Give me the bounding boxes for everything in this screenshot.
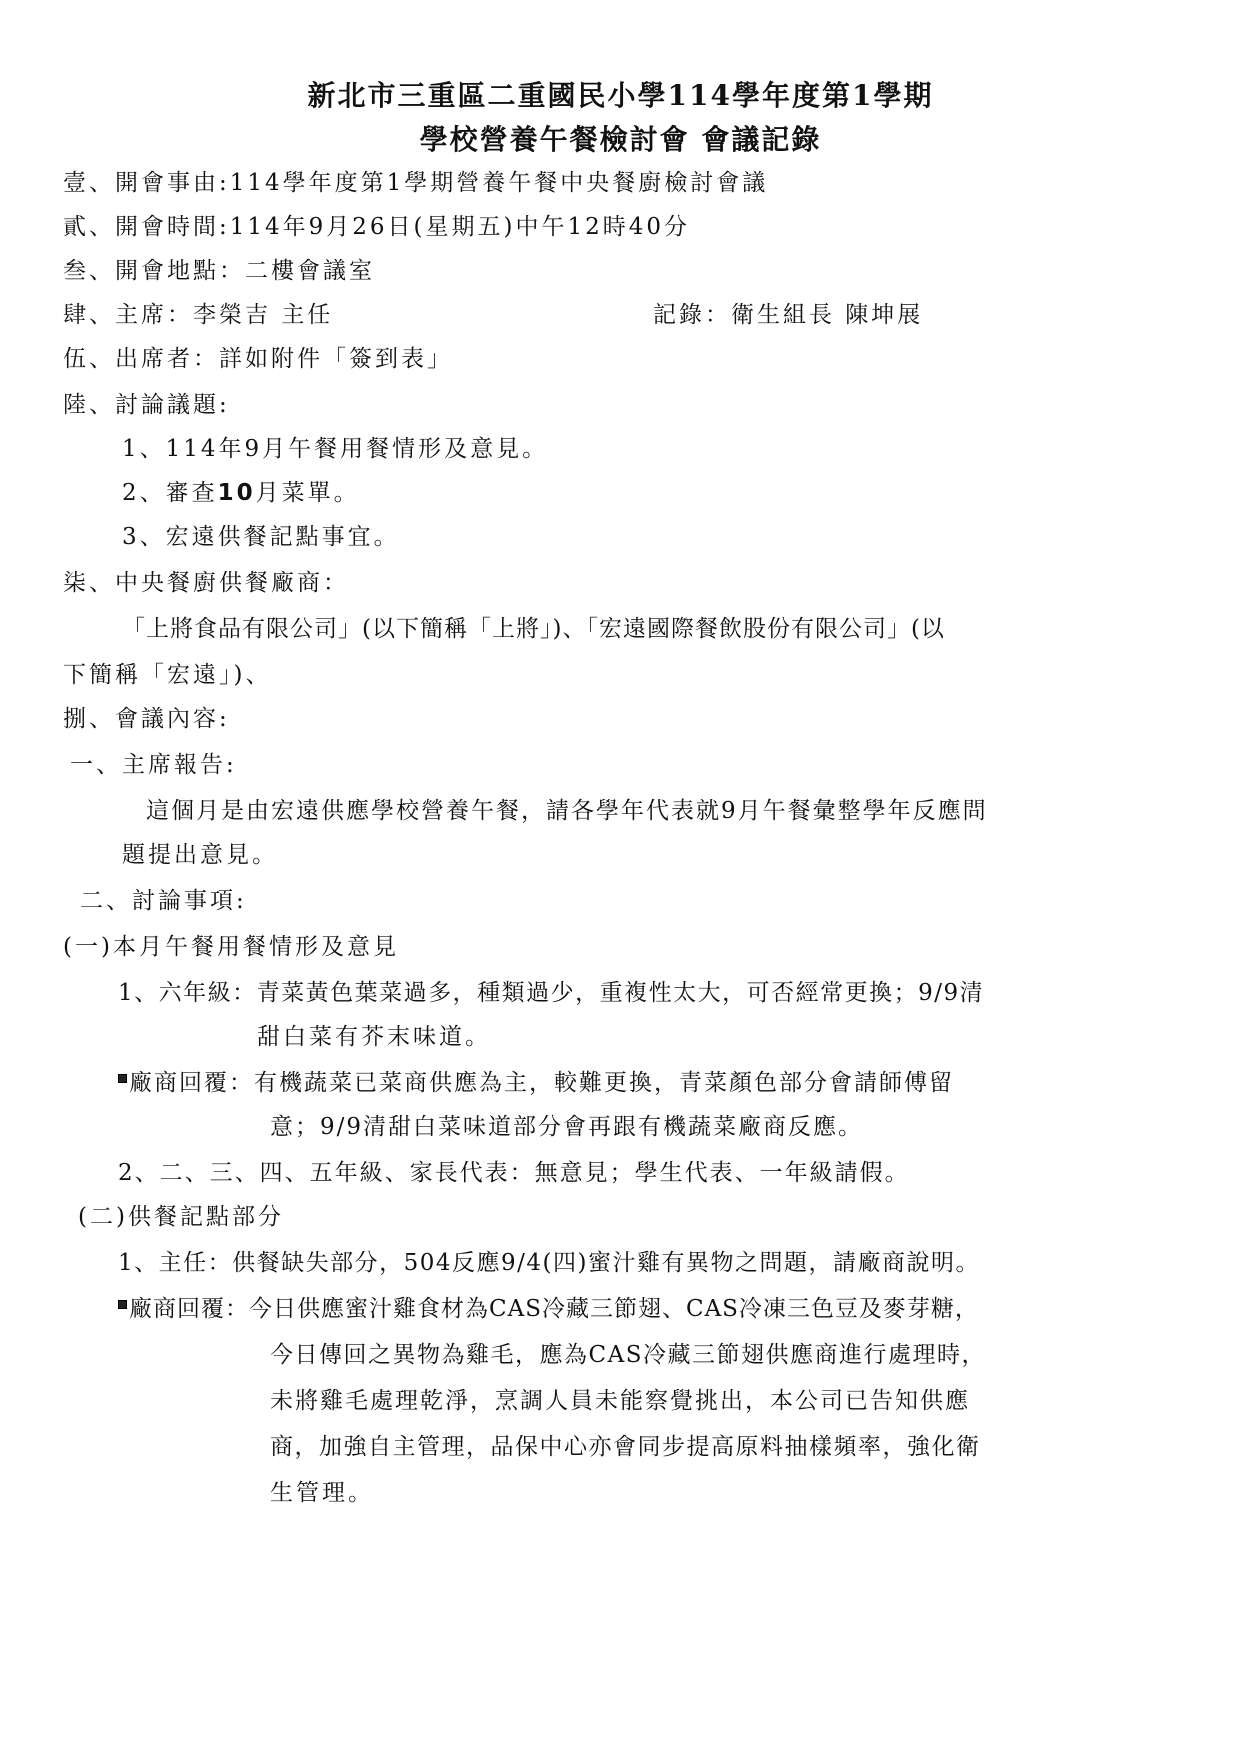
- meeting-minutes-page: 新北市三重區二重國民小學114學年度第1學期 學校營養午餐檢討會 會議記錄 壹、…: [0, 0, 1241, 1755]
- agenda-heading: 陸、討論議題:: [63, 390, 230, 420]
- meeting-purpose: 壹、開會事由:114學年度第1學期營養午餐中央餐廚檢討會議: [63, 168, 768, 198]
- part1-vendor-reply-text: 廠商回覆：有機蔬菜已菜商供應為主，較難更換，青菜顏色部分會請師傅留: [129, 1070, 954, 1096]
- vendors-line-2: 下簡稱「宏遠」)、: [63, 660, 271, 690]
- part2-vendor-reply-line3: 未將雞毛處理乾淨，烹調人員未能察覺挑出，本公司已告知供應: [270, 1386, 970, 1416]
- part2-vendor-reply-text: 廠商回覆：今日供應蜜汁雞食材為CAS冷藏三節翅、CAS冷凍三色豆及麥芽糖，: [129, 1296, 979, 1322]
- part2-vendor-reply-line4: 商，加強自主管理，品保中心亦會同步提高原料抽樣頻率，強化衛: [270, 1432, 981, 1462]
- document-title-line1: 新北市三重區二重國民小學114學年度第1學期: [0, 78, 1241, 114]
- agenda-item-2: 2、審查10月菜單。: [122, 478, 360, 508]
- chair-report-heading: 一、主席報告:: [70, 750, 237, 780]
- part2-item1: 1、主任：供餐缺失部分，504反應9/4(四)蜜汁雞有異物之問題，請廠商說明。: [118, 1248, 980, 1278]
- chair-report-line-1: 這個月是由宏遠供應學校營養午餐，請各學年代表就9月午餐彙整學年反應問: [146, 796, 988, 826]
- meeting-content-heading: 捌、會議內容:: [63, 704, 230, 734]
- part1-item2: 2、二、三、四、五年級、家長代表：無意見；學生代表、一年級請假。: [118, 1158, 910, 1188]
- meeting-location: 叁、開會地點：二樓會議室: [63, 256, 375, 286]
- part2-vendor-reply-line5: 生管理。: [270, 1478, 374, 1508]
- part1-item1-line2: 甜白菜有芥末味道。: [257, 1022, 491, 1052]
- agenda-item-1: 1、114年9月午餐用餐情形及意見。: [122, 434, 548, 464]
- part1-vendor-reply-line2: 意；9/9清甜白菜味道部分會再跟有機蔬菜廠商反應。: [270, 1112, 863, 1142]
- part2-vendor-reply-line2: 今日傳回之異物為雞毛，應為CAS冷藏三節翅供應商進行處理時，: [270, 1340, 986, 1370]
- square-bullet-icon: [118, 1074, 127, 1083]
- part1-title: (一)本月午餐用餐情形及意見: [63, 932, 399, 962]
- part2-vendor-reply-line1: 廠商回覆：今日供應蜜汁雞食材為CAS冷藏三節翅、CAS冷凍三色豆及麥芽糖，: [118, 1294, 979, 1324]
- meeting-time: 貳、開會時間:114年9月26日(星期五)中午12時40分: [63, 212, 690, 242]
- discussion-heading: 二、討論事項:: [80, 886, 247, 916]
- document-title-line2: 學校營養午餐檢討會 會議記錄: [0, 122, 1241, 158]
- meeting-chair: 肆、主席：李榮吉 主任: [63, 300, 333, 330]
- part2-title: (二)供餐記點部分: [78, 1202, 284, 1232]
- agenda-item-2-prefix: 2、審查: [122, 480, 218, 506]
- agenda-item-3: 3、宏遠供餐記點事宜。: [122, 522, 400, 552]
- square-bullet-icon: [118, 1300, 127, 1309]
- attendees: 伍、出席者：詳如附件「簽到表」: [63, 344, 453, 374]
- part1-item1-line1: 1、六年級：青菜黃色葉菜過多，種類過少，重複性太大，可否經常更換；9/9清: [118, 978, 984, 1008]
- part1-vendor-reply-line1: 廠商回覆：有機蔬菜已菜商供應為主，較難更換，青菜顏色部分會請師傅留: [118, 1068, 954, 1098]
- vendors-heading: 柒、中央餐廚供餐廠商：: [63, 568, 349, 598]
- vendors-line-1: 「上將食品有限公司」(以下簡稱「上將」)、「宏遠國際餐飲股份有限公司」(以: [122, 614, 945, 644]
- meeting-recorder: 記錄：衛生組長 陳坤展: [653, 300, 923, 330]
- agenda-item-2-month: 10: [218, 480, 256, 506]
- chair-report-line-2: 題提出意見。: [122, 840, 278, 870]
- agenda-item-2-suffix: 月菜單。: [256, 480, 360, 506]
